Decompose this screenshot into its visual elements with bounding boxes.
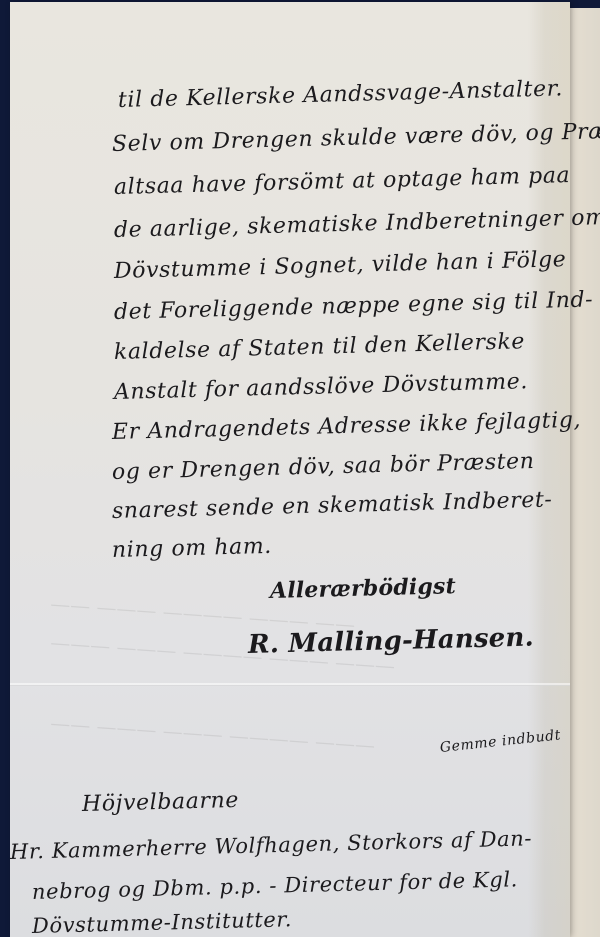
body-line: og er Drengen döv, saa bör Præsten <box>112 449 535 485</box>
signature: R. Malling-Hansen. <box>248 623 535 660</box>
body-line: til de Kellerske Aandssvage-Anstalter. <box>118 76 564 113</box>
address-line: Hr. Kammerherre Wolfhagen, Storkors af D… <box>10 826 533 864</box>
body-line: altsaa have forsömt at optage ham paa <box>114 163 571 200</box>
closing-phrase: Allerærbödigst <box>270 573 457 604</box>
body-line: snarest sende en skematisk Indberet- <box>112 487 553 524</box>
body-line: det Foreliggende næppe egne sig til Ind- <box>114 287 594 325</box>
body-line: Selv om Drengen skulde være döv, og Præs… <box>112 118 600 157</box>
address-salutation: Höjvelbaarne <box>82 788 240 817</box>
body-line: Er Andragendets Adresse ikke fejlagtig, <box>112 408 582 445</box>
address-line: Dövstumme-Institutter. <box>32 907 293 937</box>
body-line: kaldelse af Staten til den Kellerske <box>114 329 526 365</box>
paper-fold-line <box>10 683 570 686</box>
body-line: Dövstumme i Sognet, vilde han i Fölge <box>114 247 567 284</box>
address-line: nebrog og Dbm. p.p. - Directeur for de K… <box>32 867 519 904</box>
body-line: Anstalt for aandsslöve Dövstumme. <box>114 369 529 405</box>
bleed-through-text: ——— ———— ——— ——— —— <box>50 711 376 758</box>
letter-page: —— ——— ———— ——— —— ——— ——— ———— ——— ——— … <box>10 2 570 937</box>
body-line: ning om ham. <box>112 534 272 563</box>
